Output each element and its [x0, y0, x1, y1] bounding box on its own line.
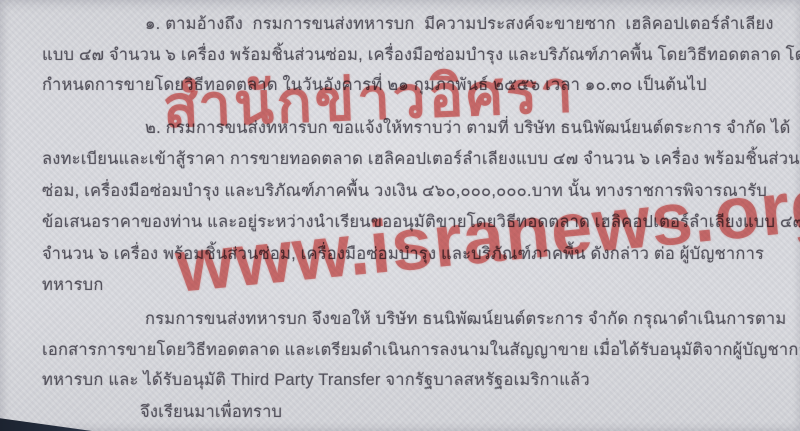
document-line: ลงทะเบียนและเข้าสู้ราคา การขายทอดตลาด เฮ… [42, 148, 800, 170]
document-line: กำหนดการขายโดยวิธีทอดตลาด ในวันอังคารที่… [42, 74, 707, 96]
document-line: ทหารบก [42, 274, 104, 296]
document-line: จึงเรียนมาเพื่อทราบ [140, 401, 282, 423]
document-line: กรมการขนส่งทหารบก จึงขอให้ บริษัท ธนนิพั… [145, 308, 786, 330]
document-line: ๒. กรมการขนส่งทหารบก ขอแจ้งให้ทราบว่า ตา… [145, 117, 791, 139]
document-line: ทหารบก และ ได้รับอนุมัติ Third Party Tra… [42, 369, 590, 391]
document-line: ข้อเสนอราคาของท่าน และอยู่ระหว่างนำเรียน… [42, 211, 800, 233]
document-line: ๑. ตามอ้างถึง กรมการขนส่งทหารบก มีความปร… [145, 13, 774, 35]
document-line: จำนวน ๖ เครื่อง พร้อมชิ้นส่วนซ่อม, เครื่… [42, 243, 764, 265]
document-page: ๑. ตามอ้างถึง กรมการขนส่งทหารบก มีความปร… [0, 0, 800, 431]
document-line: ซ่อม, เครื่องมือซ่อมบำรุง และบริภัณฑ์ภาค… [42, 180, 767, 202]
document-line: แบบ ๔๗ จำนวน ๖ เครื่อง พร้อมชิ้นส่วนซ่อม… [42, 44, 800, 66]
document-line: เอกสารการขายโดยวิธีทอดตลาด และเตรียมดำเน… [42, 339, 800, 361]
document-text-layer: ๑. ตามอ้างถึง กรมการขนส่งทหารบก มีความปร… [0, 0, 800, 431]
